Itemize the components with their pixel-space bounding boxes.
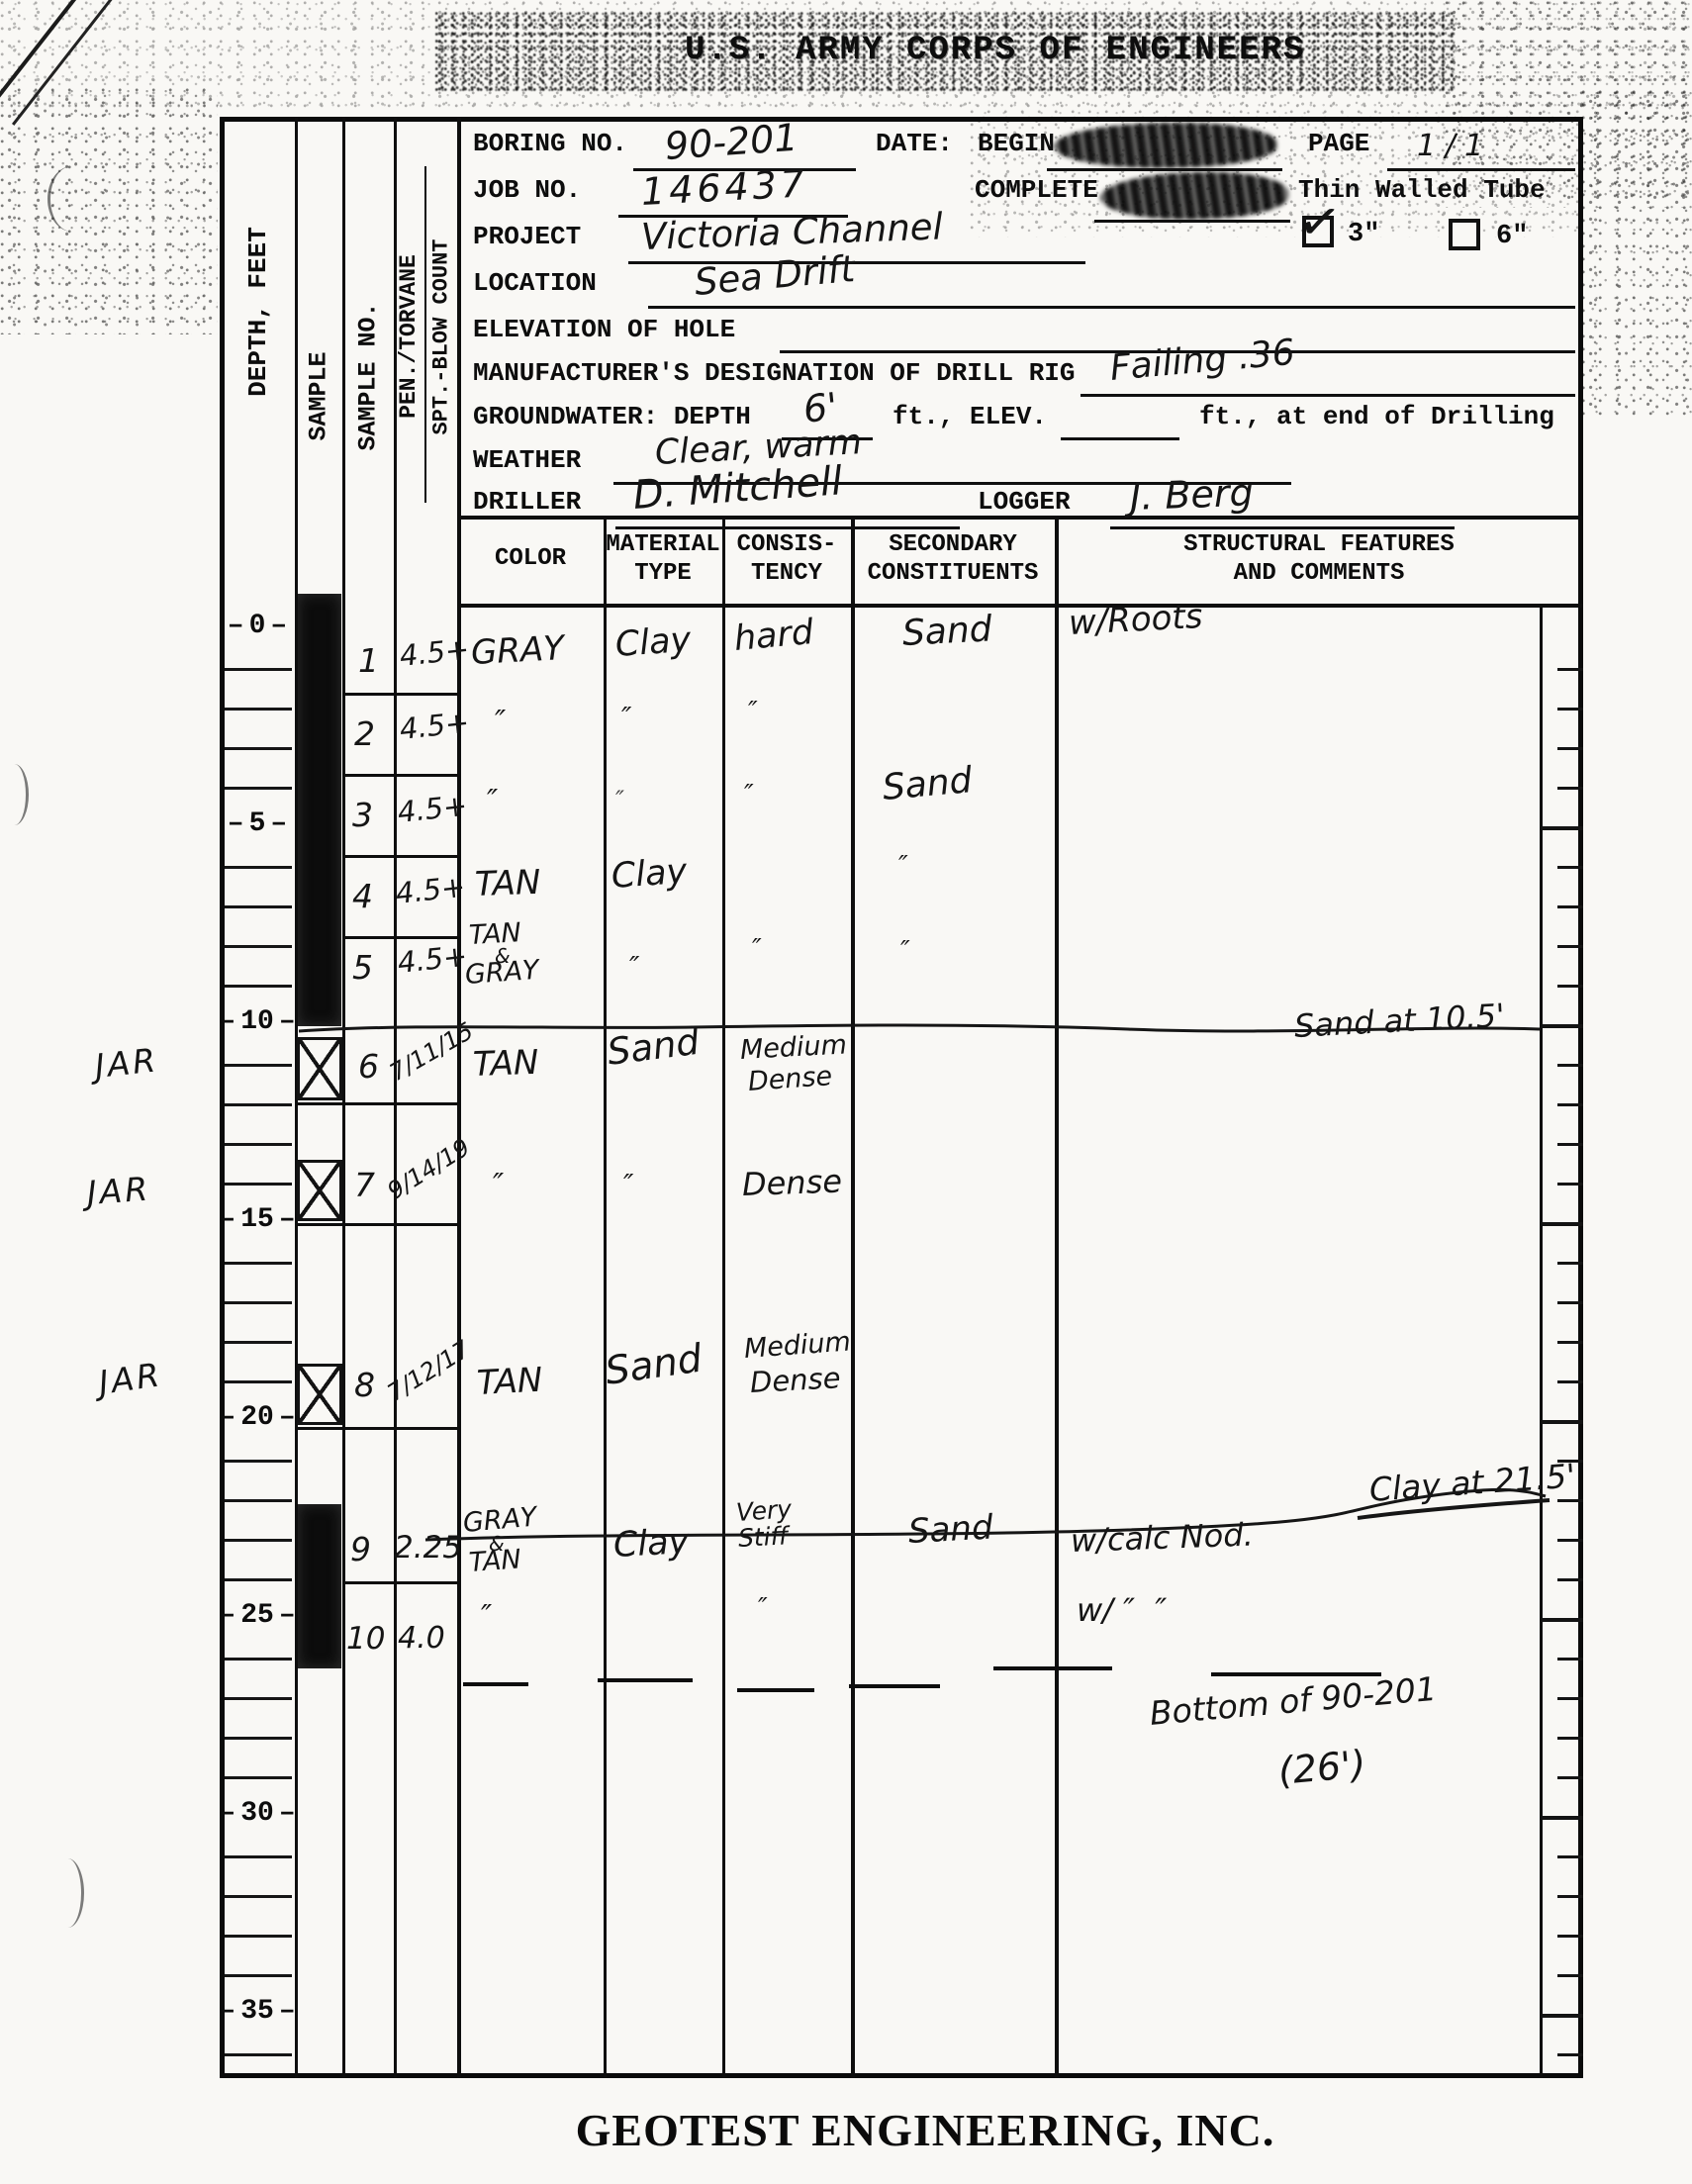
ruler-minor-tick (1557, 747, 1583, 750)
depth-minor-tick (225, 1341, 292, 1344)
row-separator (297, 1427, 457, 1430)
row-consistency: ″ (758, 1593, 768, 1623)
grid-line (851, 516, 855, 2078)
field-underline (1387, 168, 1575, 171)
page-label: PAGE (1308, 129, 1369, 158)
tube-3in-label: 3" (1348, 220, 1379, 249)
row-consistency: hard (732, 613, 814, 659)
depth-minor-tick (225, 1301, 292, 1304)
footer-company: GEOTEST ENGINEERING, INC. (529, 2104, 1321, 2156)
ruler-minor-tick (1557, 1341, 1583, 1344)
depth-minor-tick (225, 905, 292, 908)
grid-line (457, 117, 461, 2078)
begin-label: BEGIN (978, 129, 1055, 158)
ruler-minor-tick (1557, 1697, 1583, 1700)
row-secondary: Sand (881, 760, 974, 808)
depth-minor-tick (225, 708, 292, 711)
row-structural: w/Roots (1068, 597, 1203, 643)
depth-minor-tick (225, 1658, 292, 1661)
project-label: PROJECT (473, 222, 581, 251)
sample-box-8 (297, 1364, 342, 1425)
location-label: LOCATION (473, 268, 597, 298)
ruler-minor-tick (1557, 985, 1583, 988)
depth-minor-tick (225, 1855, 292, 1858)
sample-bar-upper (298, 594, 341, 1026)
depth-minor-tick (225, 1183, 292, 1186)
row-secondary: Sand (907, 1508, 994, 1552)
row-separator (297, 1223, 457, 1226)
ruler-minor-tick (1557, 905, 1583, 908)
ruler-minor-tick (1557, 1301, 1583, 1304)
job-no-label: JOB NO. (473, 175, 581, 205)
page-title: U.S. ARMY CORPS OF ENGINEERS (685, 32, 1305, 69)
depth-label: 10 (220, 1006, 295, 1037)
sample-no: 2 (354, 714, 375, 753)
depth-label: 25 (220, 1600, 295, 1631)
jar-note: JAR (93, 1040, 160, 1086)
depth-minor-tick (225, 1064, 292, 1067)
row-secondary: ″ (900, 936, 910, 966)
sample-bar-lower (298, 1504, 341, 1668)
depth-minor-tick (225, 747, 292, 750)
ruler-minor-tick (1557, 945, 1583, 948)
ruler-major-tick (1542, 1618, 1583, 1622)
sample-no: 5 (352, 948, 373, 987)
ruler-minor-tick (1557, 1064, 1583, 1067)
logger-value: J. Berg (1129, 471, 1254, 519)
job-no-value: 146437 (640, 161, 809, 214)
row-consistency: ″ (748, 697, 758, 726)
scan-arc-artifact (51, 1858, 84, 1928)
end-dash (1211, 1672, 1381, 1676)
row-consistency: Dense (747, 1061, 833, 1097)
row-color: TAN (468, 1544, 522, 1578)
row-separator (344, 1581, 457, 1584)
ruler-minor-tick (1557, 1539, 1583, 1542)
row-color: ″ (487, 784, 498, 818)
axis-header-spt: SPT.-BLOW COUNT (425, 148, 457, 524)
ruler-major-tick (1542, 2014, 1583, 2018)
axis-header-depth: DEPTH, FEET (224, 168, 293, 455)
field-underline (1061, 437, 1179, 440)
pen-value: 2.25 (394, 1530, 462, 1566)
row-consistency: Dense (741, 1162, 842, 1203)
row-color: GRAY (470, 628, 565, 673)
depth-minor-tick (225, 1935, 292, 1938)
depth-minor-tick (225, 945, 292, 948)
scan-arc-artifact (0, 764, 29, 825)
depth-minor-tick (225, 787, 292, 790)
sample-no: 6 (358, 1047, 379, 1086)
ruler-minor-tick (1557, 1262, 1583, 1265)
depth-label: 0 (220, 611, 295, 641)
row-structural: w/calc Nod. (1070, 1516, 1254, 1560)
page-value: 1 / 1 (1417, 129, 1483, 163)
row-consistency: ″ (752, 934, 762, 964)
column-header-secondary: SECONDARYCONSTITUENTS (851, 530, 1055, 588)
depth-minor-tick (225, 1143, 292, 1146)
field-underline (615, 526, 960, 529)
axis-header-pen-torvane: PEN./TORVANE (392, 168, 425, 505)
annotation-bottom-line2: (26') (1276, 1742, 1367, 1793)
ruler-minor-tick (1557, 1183, 1583, 1186)
axis-header-sample-no: SAMPLE NO. (342, 247, 394, 505)
depth-minor-tick (225, 1380, 292, 1383)
depth-minor-tick (225, 2053, 292, 2056)
row-secondary: Sand (901, 609, 993, 654)
depth-minor-tick (225, 1539, 292, 1542)
axis-header-sample: SAMPLE (295, 287, 342, 505)
weather-label: WEATHER (473, 445, 581, 475)
drill-rig-label: MANUFACTURER'S DESIGNATION OF DRILL RIG (473, 358, 1076, 388)
grid-line (722, 516, 725, 2078)
ruler-major-tick (1542, 1420, 1583, 1424)
depth-minor-tick (225, 1895, 292, 1898)
boring-no-value: 90-201 (663, 116, 799, 168)
right-ruler-rail (1540, 604, 1543, 2078)
ruler-minor-tick (1557, 1855, 1583, 1858)
column-header-consistency: CONSIS-TENCY (722, 530, 851, 588)
ruler-minor-tick (1557, 1499, 1583, 1502)
ruler-minor-tick (1557, 1578, 1583, 1581)
sample-no: 4 (352, 877, 373, 915)
grid-line (604, 516, 607, 2078)
depth-minor-tick (225, 1737, 292, 1740)
row-color: ″ (493, 1168, 504, 1202)
depth-minor-tick (225, 1776, 292, 1779)
row-separator (344, 774, 457, 777)
row-material: Clay (614, 620, 693, 665)
end-dash (737, 1688, 814, 1692)
row-consistency: Dense (749, 1361, 841, 1399)
ruler-minor-tick (1557, 1103, 1583, 1106)
ruler-minor-tick (1557, 1737, 1583, 1740)
depth-minor-tick (225, 1262, 292, 1265)
ruler-minor-tick (1557, 2053, 1583, 2056)
ruler-minor-tick (1557, 866, 1583, 869)
row-color: TAN (474, 863, 541, 904)
sample-no: 8 (354, 1366, 375, 1404)
ruler-minor-tick (1557, 1776, 1583, 1779)
field-underline (1094, 220, 1290, 223)
jar-note: JAR (96, 1355, 164, 1402)
ruler-minor-tick (1557, 1143, 1583, 1146)
scan-noise-right-edge (1581, 89, 1692, 416)
end-dash (993, 1666, 1112, 1670)
row-separator (344, 936, 457, 939)
row-separator (344, 855, 457, 858)
depth-minor-tick (225, 866, 292, 869)
depth-minor-tick (225, 1460, 292, 1463)
row-color: TAN (476, 1361, 543, 1403)
sample-box-7 (297, 1160, 342, 1221)
depth-label: 35 (220, 1996, 295, 2027)
pen-value: 4.0 (398, 1621, 445, 1656)
scan-noise-left-band (0, 87, 218, 334)
end-dash (598, 1678, 693, 1682)
field-underline (1047, 168, 1282, 171)
driller-label: DRILLER (473, 487, 581, 517)
ft-elev-label: ft., ELEV. (893, 402, 1047, 431)
logger-label: LOGGER (978, 487, 1071, 517)
ruler-major-tick (1542, 1816, 1583, 1820)
row-material: Clay (612, 1522, 690, 1566)
row-material: ″ (621, 701, 631, 733)
sample-no: 10 (346, 1621, 385, 1657)
sample-no: 9 (350, 1530, 371, 1568)
field-underline (648, 306, 1575, 309)
row-color: ″ (495, 705, 506, 739)
ruler-minor-tick (1557, 668, 1583, 671)
ruler-minor-tick (1557, 1895, 1583, 1898)
row-color: GRAY (464, 955, 540, 991)
tube-6in-checkbox[interactable] (1449, 219, 1480, 250)
tube-6in-label: 6" (1496, 222, 1528, 251)
depth-minor-tick (225, 1103, 292, 1106)
sample-no: 3 (352, 796, 373, 834)
depth-label: 5 (220, 808, 295, 839)
end-dash (849, 1684, 940, 1688)
depth-minor-tick (225, 1499, 292, 1502)
groundwater-label: GROUNDWATER: DEPTH (473, 402, 751, 431)
depth-label: 15 (220, 1204, 295, 1235)
depth-label: 20 (220, 1402, 295, 1433)
depth-minor-tick (225, 1697, 292, 1700)
ruler-major-tick (1542, 1024, 1583, 1028)
ruler-minor-tick (1557, 1380, 1583, 1383)
row-material: ″ (629, 950, 639, 983)
row-material: ″ (615, 786, 624, 813)
ruler-minor-tick (1557, 787, 1583, 790)
jar-note: JAR (86, 1170, 152, 1212)
row-consistency: ″ (744, 780, 754, 809)
row-structural: w/ ″ ″ (1077, 1591, 1167, 1629)
scan-arc-artifact (47, 166, 96, 232)
end-dash (463, 1682, 528, 1686)
depth-minor-tick (225, 1578, 292, 1581)
date-label: DATE: (876, 129, 953, 158)
ruler-major-tick (1542, 1222, 1583, 1226)
row-color: ″ (481, 1599, 492, 1634)
ruler-major-tick (1542, 826, 1583, 830)
depth-minor-tick (225, 985, 292, 988)
grid-line (457, 604, 1583, 608)
ruler-minor-tick (1557, 1658, 1583, 1661)
check-mark-icon: ✓ (1294, 190, 1346, 254)
sample-no: 1 (358, 641, 379, 680)
boring-no-label: BORING NO. (473, 129, 627, 158)
ruler-minor-tick (1557, 708, 1583, 711)
elevation-label: ELEVATION OF HOLE (473, 315, 735, 344)
grid-line (1055, 516, 1059, 2078)
ruler-minor-tick (1557, 1935, 1583, 1938)
row-material: Clay (611, 852, 689, 897)
row-consistency: Medium (739, 1029, 847, 1066)
row-color: TAN (472, 1043, 539, 1085)
depth-label: 30 (220, 1798, 295, 1829)
ruler-minor-tick (1557, 1974, 1583, 1977)
sample-no: 7 (354, 1166, 375, 1204)
column-header-structural: STRUCTURAL FEATURESAND COMMENTS (1055, 530, 1583, 588)
row-secondary: ″ (898, 851, 908, 881)
row-separator (297, 1102, 457, 1105)
field-underline (1081, 394, 1575, 397)
column-header-material: MATERIALTYPE (604, 530, 722, 588)
ft-end-label: ft., at end of Drilling (1199, 402, 1554, 431)
complete-label: COMPLETE (975, 175, 1098, 205)
row-material: ″ (623, 1168, 633, 1200)
row-separator (344, 693, 457, 696)
column-header-color: COLOR (457, 544, 604, 573)
depth-minor-tick (225, 1974, 292, 1977)
depth-minor-tick (225, 668, 292, 671)
field-underline (1110, 526, 1455, 529)
sample-box-6 (297, 1037, 342, 1100)
row-consistency: Stiff (737, 1521, 789, 1553)
